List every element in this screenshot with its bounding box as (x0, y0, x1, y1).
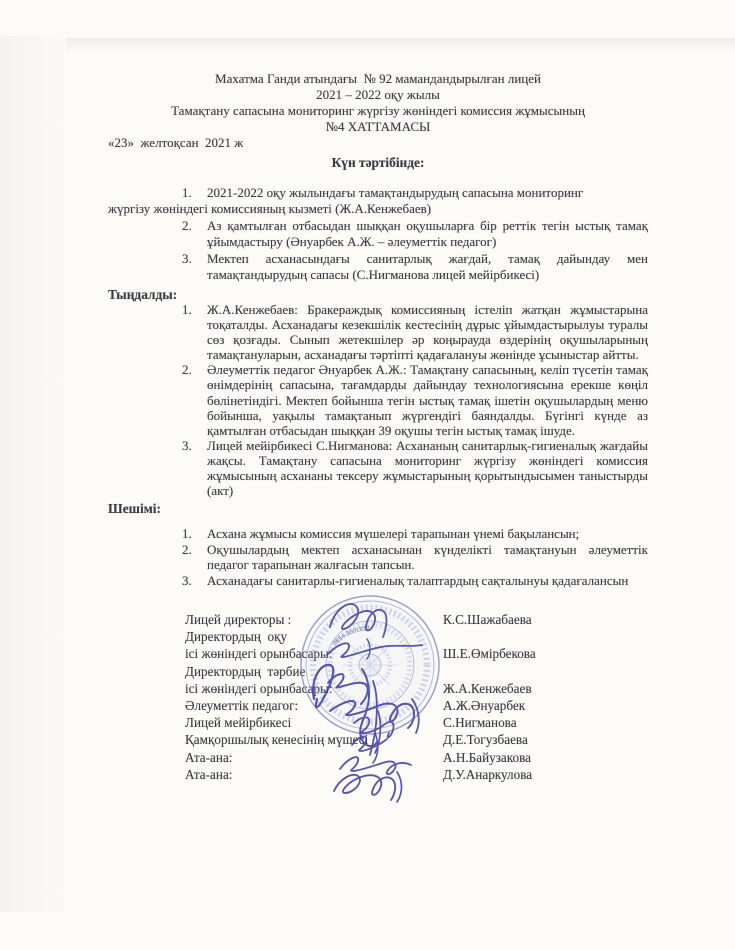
signature-name: А.Ж.Әнуарбек (443, 698, 615, 714)
agenda-item-text: 2021-2022 оқу жылындағы тамақтандырудың … (207, 185, 648, 201)
signature-row: Ата-ана: Д.У.Анаркулова (185, 767, 615, 784)
decision-item-text: Асханадағы санитарлы-гигиеналық талаптар… (207, 573, 648, 589)
heard-item-3: 3. Лицей мейірбикесі С.Нигманова: Асхана… (108, 438, 648, 498)
decision-item-text: Асхана жұмысы комиссия мүшелері тарапына… (207, 526, 648, 542)
signature-label: Әлеуметтік педагог: (185, 698, 443, 714)
signature-label: Ата-ана: (185, 767, 443, 783)
scanned-protocol-document: Махатма Ганди атындағы № 92 мамандандыры… (0, 0, 735, 950)
list-number: 3. (182, 573, 192, 589)
list-number: 2. (182, 362, 192, 377)
heard-item-text: Лицей мейірбикесі С.Нигманова: Асхананың… (207, 438, 648, 498)
school-year-line: 2021 – 2022 оқу жылы (108, 87, 648, 103)
agenda-item-text: Аз қамтылған отбасыдан шыққан оқушыларға… (207, 218, 648, 249)
signature-row: Ата-ана: А.Н.Байузакова (185, 750, 615, 767)
heard-list: 1. Ж.А.Кенжебаев: Бракераждық комиссияны… (108, 302, 648, 498)
decision-item-1: 1. Асхана жұмысы комиссия мүшелері тарап… (108, 526, 648, 542)
signature-label: Лицей мейірбикесі (185, 715, 443, 731)
signature-row: Қамқоршылық кенесінің мүшесі Д.Е.Тогузба… (185, 732, 615, 749)
heard-heading: Тыңдалды: (108, 287, 648, 303)
signature-label: Директордың оқу (185, 629, 443, 645)
list-number: 2. (182, 218, 192, 234)
signature-row: Директордың оқу (185, 629, 615, 646)
list-number: 3. (182, 251, 192, 267)
agenda-list: 1. 2021-2022 оқу жылындағы тамақтандыруд… (108, 185, 648, 282)
school-title-line: Махатма Ганди атындағы № 92 мамандандыры… (108, 71, 648, 87)
signature-row: ісі жөніндегі орынбасары: Ш.Е.Өмірбекова (185, 646, 615, 663)
decision-heading: Шешімі: (108, 501, 648, 517)
decision-list: 1. Асхана жұмысы комиссия мүшелері тарап… (108, 526, 648, 588)
date-line: «23» желтоқсан 2021 ж (108, 135, 648, 151)
signature-row: Әлеуметтік педагог: А.Ж.Әнуарбек (185, 698, 615, 715)
signature-label: Қамқоршылық кенесінің мүшесі (185, 732, 443, 748)
signature-label: Лицей директоры : (185, 612, 443, 628)
decision-item-text: Оқушылардың мектеп асханасынан күнделікт… (207, 542, 648, 573)
signature-row: Директордың тәрбие (185, 664, 615, 681)
signature-name: К.С.Шажабаева (443, 612, 615, 628)
agenda-item-1: 1. 2021-2022 оқу жылындағы тамақтандыруд… (108, 185, 648, 216)
scan-top-shadow (66, 38, 735, 54)
signature-name: Ж.А.Кенжебаев (443, 681, 615, 697)
agenda-item-text: Мектеп асханасындағы санитарлық жағдай, … (207, 251, 648, 282)
signature-name: А.Н.Байузакова (443, 750, 615, 766)
commission-title-line: Тамақтану сапасына мониторинг жүргізу жө… (108, 103, 648, 119)
signature-name: Ш.Е.Өмірбекова (443, 646, 615, 662)
agenda-heading: Күн тәртібінде: (108, 155, 648, 171)
protocol-number-line: №4 ХАТТАМАСЫ (108, 119, 648, 135)
document-header: Махатма Ганди атындағы № 92 мамандандыры… (108, 71, 648, 135)
heard-item-2: 2. Әлеуметтік педагог Әнуарбек А.Ж.: Там… (108, 362, 648, 437)
list-number: 1. (182, 185, 192, 201)
signature-label: Директордың тәрбие (185, 664, 443, 680)
signature-label: ісі жөніндегі орынбасары: (185, 646, 443, 662)
signature-block: Лицей директоры : К.С.Шажабаева Директор… (185, 612, 615, 784)
decision-item-3: 3. Асханадағы санитарлы-гигиеналық талап… (108, 573, 648, 589)
agenda-item-1-continuation: жүргізу жөніндегі комиссияның кызметі (Ж… (108, 201, 648, 217)
agenda-item-2: 2. Аз қамтылған отбасыдан шыққан оқушыла… (108, 218, 648, 249)
signature-row: Лицей мейірбикесі С.Нигманова (185, 715, 615, 732)
scan-left-margin-shade (0, 36, 64, 912)
signature-label: ісі жөніндегі орынбасары: (185, 681, 443, 697)
heard-item-text: Әлеуметтік педагог Әнуарбек А.Ж.: Тамақт… (207, 362, 648, 437)
signature-name: Д.Е.Тогузбаева (443, 732, 615, 748)
signature-row: Лицей директоры : К.С.Шажабаева (185, 612, 615, 629)
list-number: 3. (182, 438, 192, 453)
signature-name: Д.У.Анаркулова (443, 767, 615, 783)
signature-label: Ата-ана: (185, 750, 443, 766)
heard-item-text: Ж.А.Кенжебаев: Бракераждық комиссияның і… (207, 302, 648, 362)
list-number: 1. (182, 526, 192, 542)
agenda-item-3: 3. Мектеп асханасындағы санитарлық жағда… (108, 251, 648, 282)
list-number: 2. (182, 542, 192, 558)
signature-name: С.Нигманова (443, 715, 615, 731)
decision-item-2: 2. Оқушылардың мектеп асханасынан күндел… (108, 542, 648, 573)
list-number: 1. (182, 302, 192, 317)
signature-row: ісі жөніндегі орынбасары: Ж.А.Кенжебаев (185, 681, 615, 698)
heard-item-1: 1. Ж.А.Кенжебаев: Бракераждық комиссияны… (108, 302, 648, 362)
